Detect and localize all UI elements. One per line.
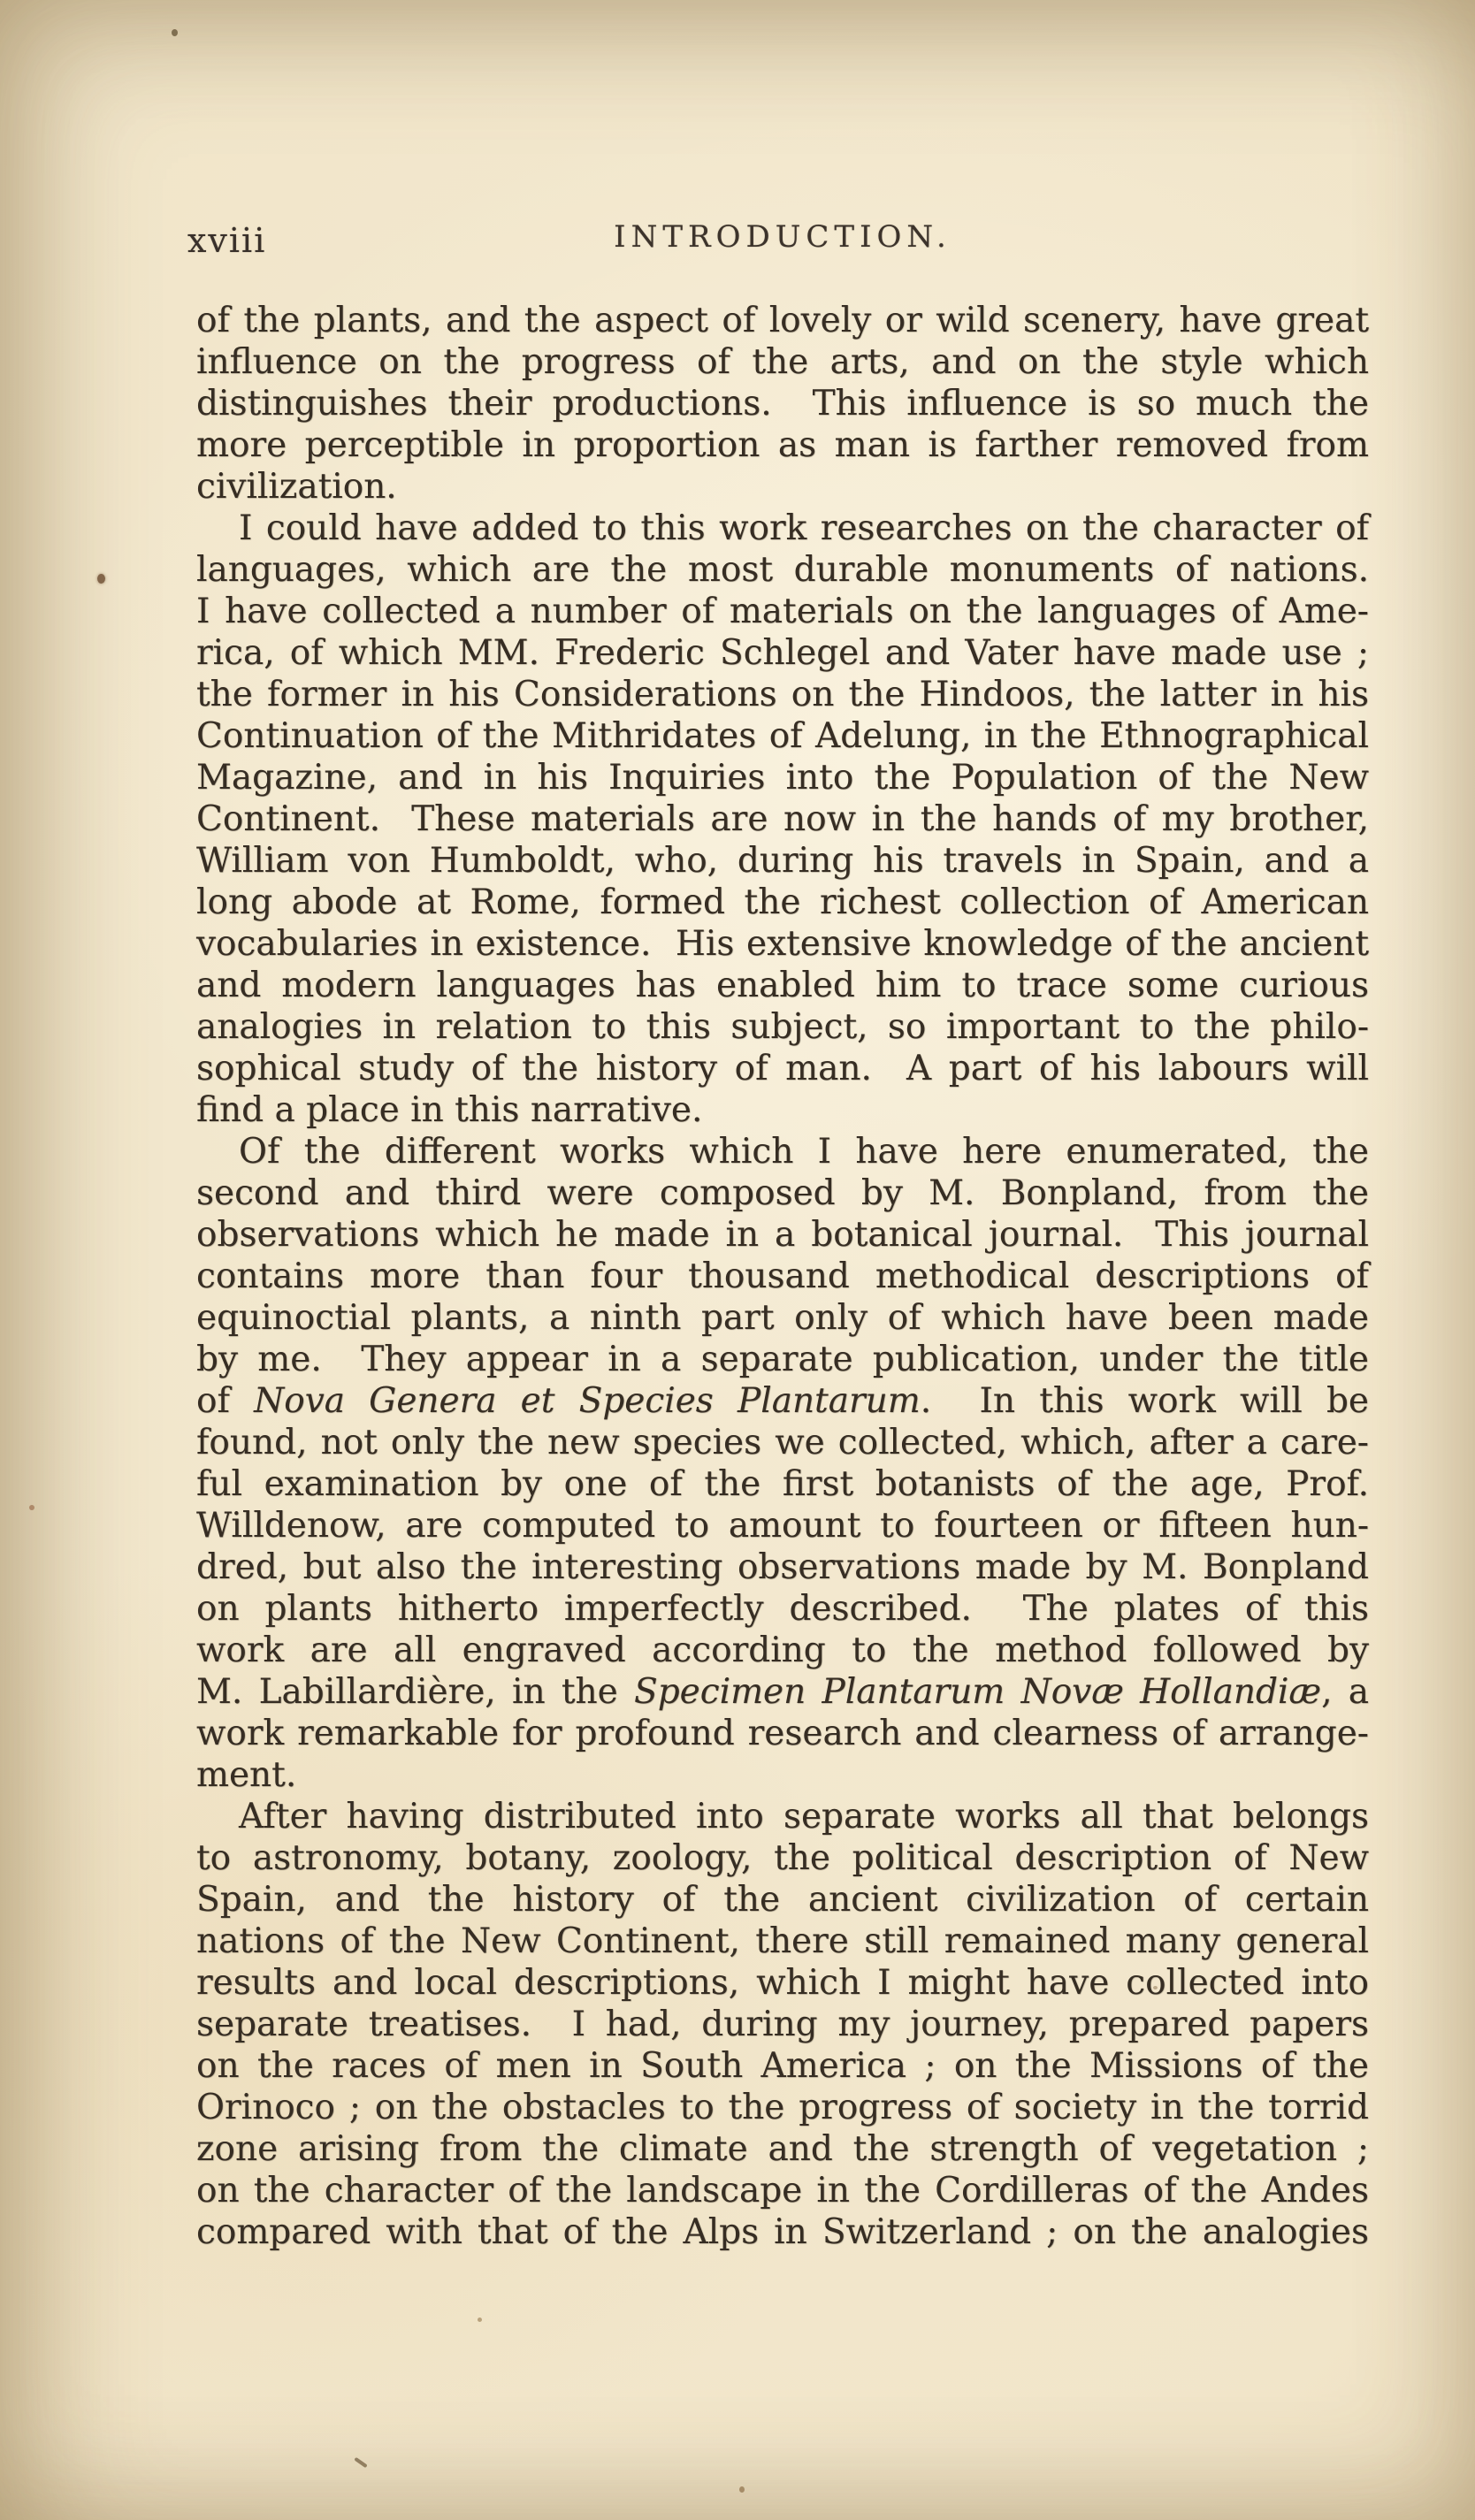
text-line: of Nova Genera et Species Plantarum. In … (196, 1380, 1369, 1422)
text-line: second and third were composed by M. Bon… (196, 1172, 1369, 1214)
text-line: dred, but also the interesting observati… (196, 1546, 1369, 1588)
text-line: work remarkable for profound research an… (196, 1713, 1369, 1754)
text-line: find a place in this narrative. (196, 1089, 1369, 1131)
text-line: compared with that of the Alps in Switze… (196, 2211, 1369, 2253)
text-line: contains more than four thousand methodi… (196, 1256, 1369, 1297)
paper-speck (97, 574, 105, 584)
text-line: Magazine, and in his Inquiries into the … (196, 757, 1369, 798)
text-line: ment. (196, 1754, 1369, 1796)
text-line: languages, which are the most durable mo… (196, 549, 1369, 591)
text-line: ful examination by one of the first bota… (196, 1463, 1369, 1505)
text-line: long abode at Rome, formed the richest c… (196, 882, 1369, 923)
text-line: work are all engraved according to the m… (196, 1630, 1369, 1671)
text-line: sophical study of the history of man. A … (196, 1048, 1369, 1089)
text-line: Willdenow, are computed to amount to fou… (196, 1505, 1369, 1546)
text-line: more perceptible in proportion as man is… (196, 424, 1369, 466)
text-line: of the plants, and the aspect of lovely … (196, 300, 1369, 341)
text-line: by me. They appear in a separate publica… (196, 1339, 1369, 1380)
text-line: on the character of the landscape in the… (196, 2170, 1369, 2211)
text-line: on the races of men in South America ; o… (196, 2045, 1369, 2087)
text-line: to astronomy, botany, zoology, the polit… (196, 1837, 1369, 1879)
text-line: I could have added to this work research… (196, 508, 1369, 549)
text-line: and modern languages has enabled him to … (196, 965, 1369, 1006)
text-line: Orinoco ; on the obstacles to the progre… (196, 2087, 1369, 2128)
text-line: vocabularies in existence. His extensive… (196, 923, 1369, 965)
text-line: Continuation of the Mithridates of Adelu… (196, 715, 1369, 757)
text-line: influence on the progress of the arts, a… (196, 341, 1369, 383)
text-line: found, not only the new species we colle… (196, 1422, 1369, 1463)
text-line: the former in his Considerations on the … (196, 674, 1369, 715)
text-line: results and local descriptions, which I … (196, 1962, 1369, 2004)
text-line: observations which he made in a botanica… (196, 1214, 1369, 1256)
book-page-scan: xviii INTRODUCTION. of the plants, and t… (0, 0, 1475, 2520)
text-line: Of the different works which I have here… (196, 1131, 1369, 1172)
page-header: xviii INTRODUCTION. (196, 219, 1369, 258)
text-line: William von Humboldt, who, during his tr… (196, 840, 1369, 882)
italic-title: Nova Genera et Species Plantarum (254, 1381, 921, 1421)
text-line: Continent. These materials are now in th… (196, 798, 1369, 840)
body-text: of the plants, and the aspect of lovely … (196, 300, 1369, 2253)
text-line: I have collected a number of materials o… (196, 591, 1369, 632)
paper-speck (739, 2486, 745, 2493)
text-line: civilization. (196, 466, 1369, 508)
text-line: zone arising from the climate and the st… (196, 2128, 1369, 2170)
paper-speck (354, 2457, 367, 2468)
italic-title: Specimen Plantarum Novæ Hollandiæ (634, 1672, 1321, 1712)
paper-speck (478, 2318, 482, 2322)
text-line: analogies in relation to this subject, s… (196, 1006, 1369, 1048)
text-line: distinguishes their productions. This in… (196, 383, 1369, 424)
text-line: After having distributed into separate w… (196, 1796, 1369, 1837)
text-line: M. Labillardière, in the Specimen Planta… (196, 1671, 1369, 1713)
text-line: Spain, and the history of the ancient ci… (196, 1879, 1369, 1921)
text-line: equinoctial plants, a ninth part only of… (196, 1297, 1369, 1339)
text-line: rica, of which MM. Frederic Schlegel and… (196, 632, 1369, 674)
paper-speck (172, 29, 178, 36)
running-head: INTRODUCTION. (196, 219, 1369, 255)
text-line: separate treatises. I had, during my jou… (196, 2004, 1369, 2045)
text-line: on plants hitherto imperfectly described… (196, 1588, 1369, 1630)
text-line: nations of the New Continent, there stil… (196, 1921, 1369, 1962)
paper-speck (29, 1505, 34, 1510)
